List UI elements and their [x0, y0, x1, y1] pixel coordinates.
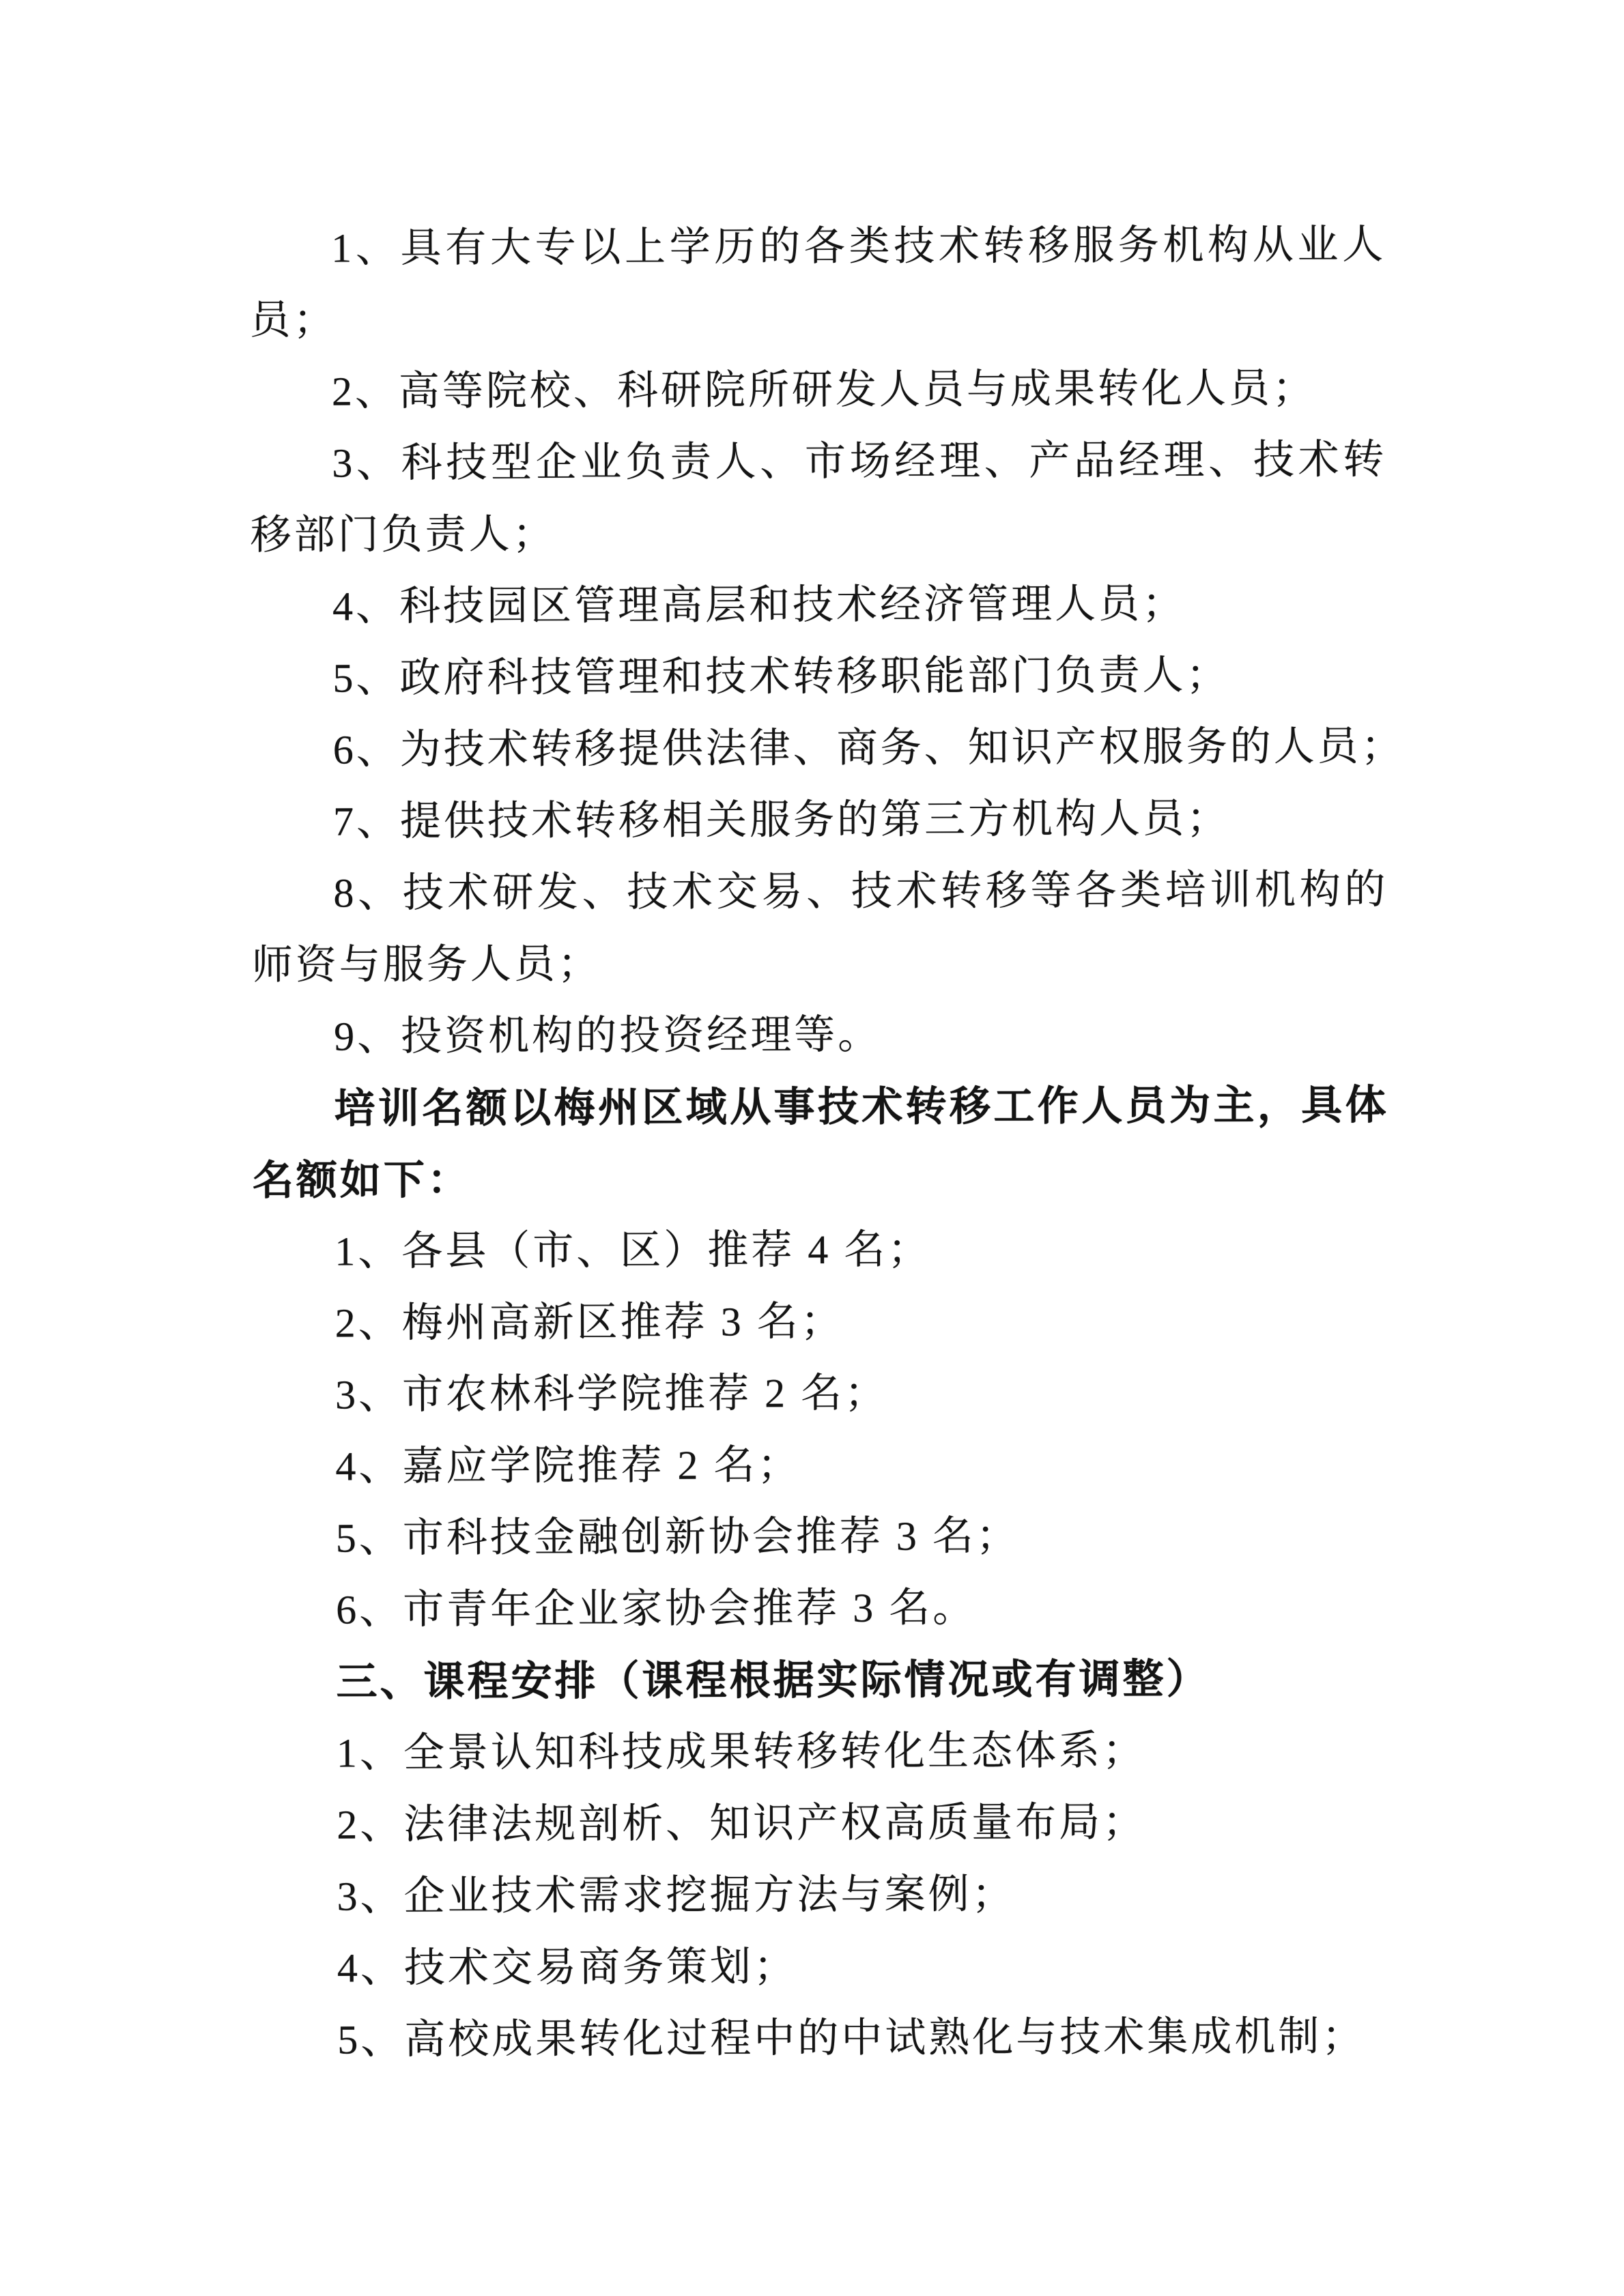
- scanned-document-page: 1、具有大专以上学历的各类技术转移服务机构从业人员；2、高等院校、科研院所研发人…: [0, 0, 1624, 2296]
- document-line: 名额如下：: [253, 1140, 1389, 1216]
- document-line: 8、技术研发、技术交易、技术转移等各类培训机构的: [251, 854, 1388, 930]
- document-line: 7、提供技术转移相关服务的第三方机构人员；: [251, 782, 1388, 858]
- document-line: 移部门负责人；: [250, 496, 1386, 571]
- document-line: 三、课程安排（课程根据实际情况或有调整）: [254, 1642, 1391, 1718]
- document-line: 培训名额以梅州区域从事技术转移工作人员为主，具体: [252, 1069, 1388, 1145]
- document-line: 2、梅州高新区推荐 3 名；: [253, 1284, 1389, 1360]
- document-line: 2、法律法规剖析、知识产权高质量布局；: [255, 1785, 1391, 1861]
- document-line: 5、政府科技管理和技术转移职能部门负责人；: [251, 639, 1387, 715]
- document-line: 4、技术交易商务策划；: [255, 1929, 1392, 2005]
- document-line: 5、市科技金融创新协会推荐 3 名；: [254, 1499, 1391, 1575]
- document-line: 6、为技术转移提供法律、商务、知识产权服务的人员；: [251, 711, 1388, 786]
- document-line: 师资与服务人员；: [252, 925, 1388, 1001]
- document-line: 4、科技园区管理高层和技术经济管理人员；: [251, 567, 1387, 643]
- document-line: 3、企业技术需求挖掘方法与案例；: [255, 1857, 1391, 1933]
- document-line: 3、科技型企业负责人、市场经理、产品经理、技术转: [250, 424, 1386, 500]
- document-line: 5、高校成果转化过程中的中试熟化与技术集成机制；: [255, 2000, 1392, 2076]
- document-line: 6、市青年企业家协会推荐 3 名。: [254, 1570, 1391, 1646]
- document-line: 员；: [249, 281, 1386, 356]
- document-line: 1、具有大专以上学历的各类技术转移服务机构从业人: [249, 209, 1386, 285]
- document-body: 1、具有大专以上学历的各类技术转移服务机构从业人员；2、高等院校、科研院所研发人…: [249, 209, 1393, 2076]
- document-line: 4、嘉应学院推荐 2 名；: [253, 1427, 1390, 1503]
- document-line: 3、市农林科学院推荐 2 名；: [253, 1355, 1390, 1431]
- document-line: 1、全景认知科技成果转移转化生态体系；: [255, 1714, 1391, 1790]
- document-line: 2、高等院校、科研院所研发人员与成果转化人员；: [250, 352, 1386, 428]
- document-line: 9、投资机构的投资经理等。: [252, 997, 1388, 1073]
- document-line: 1、各县（市、区）推荐 4 名；: [253, 1212, 1389, 1288]
